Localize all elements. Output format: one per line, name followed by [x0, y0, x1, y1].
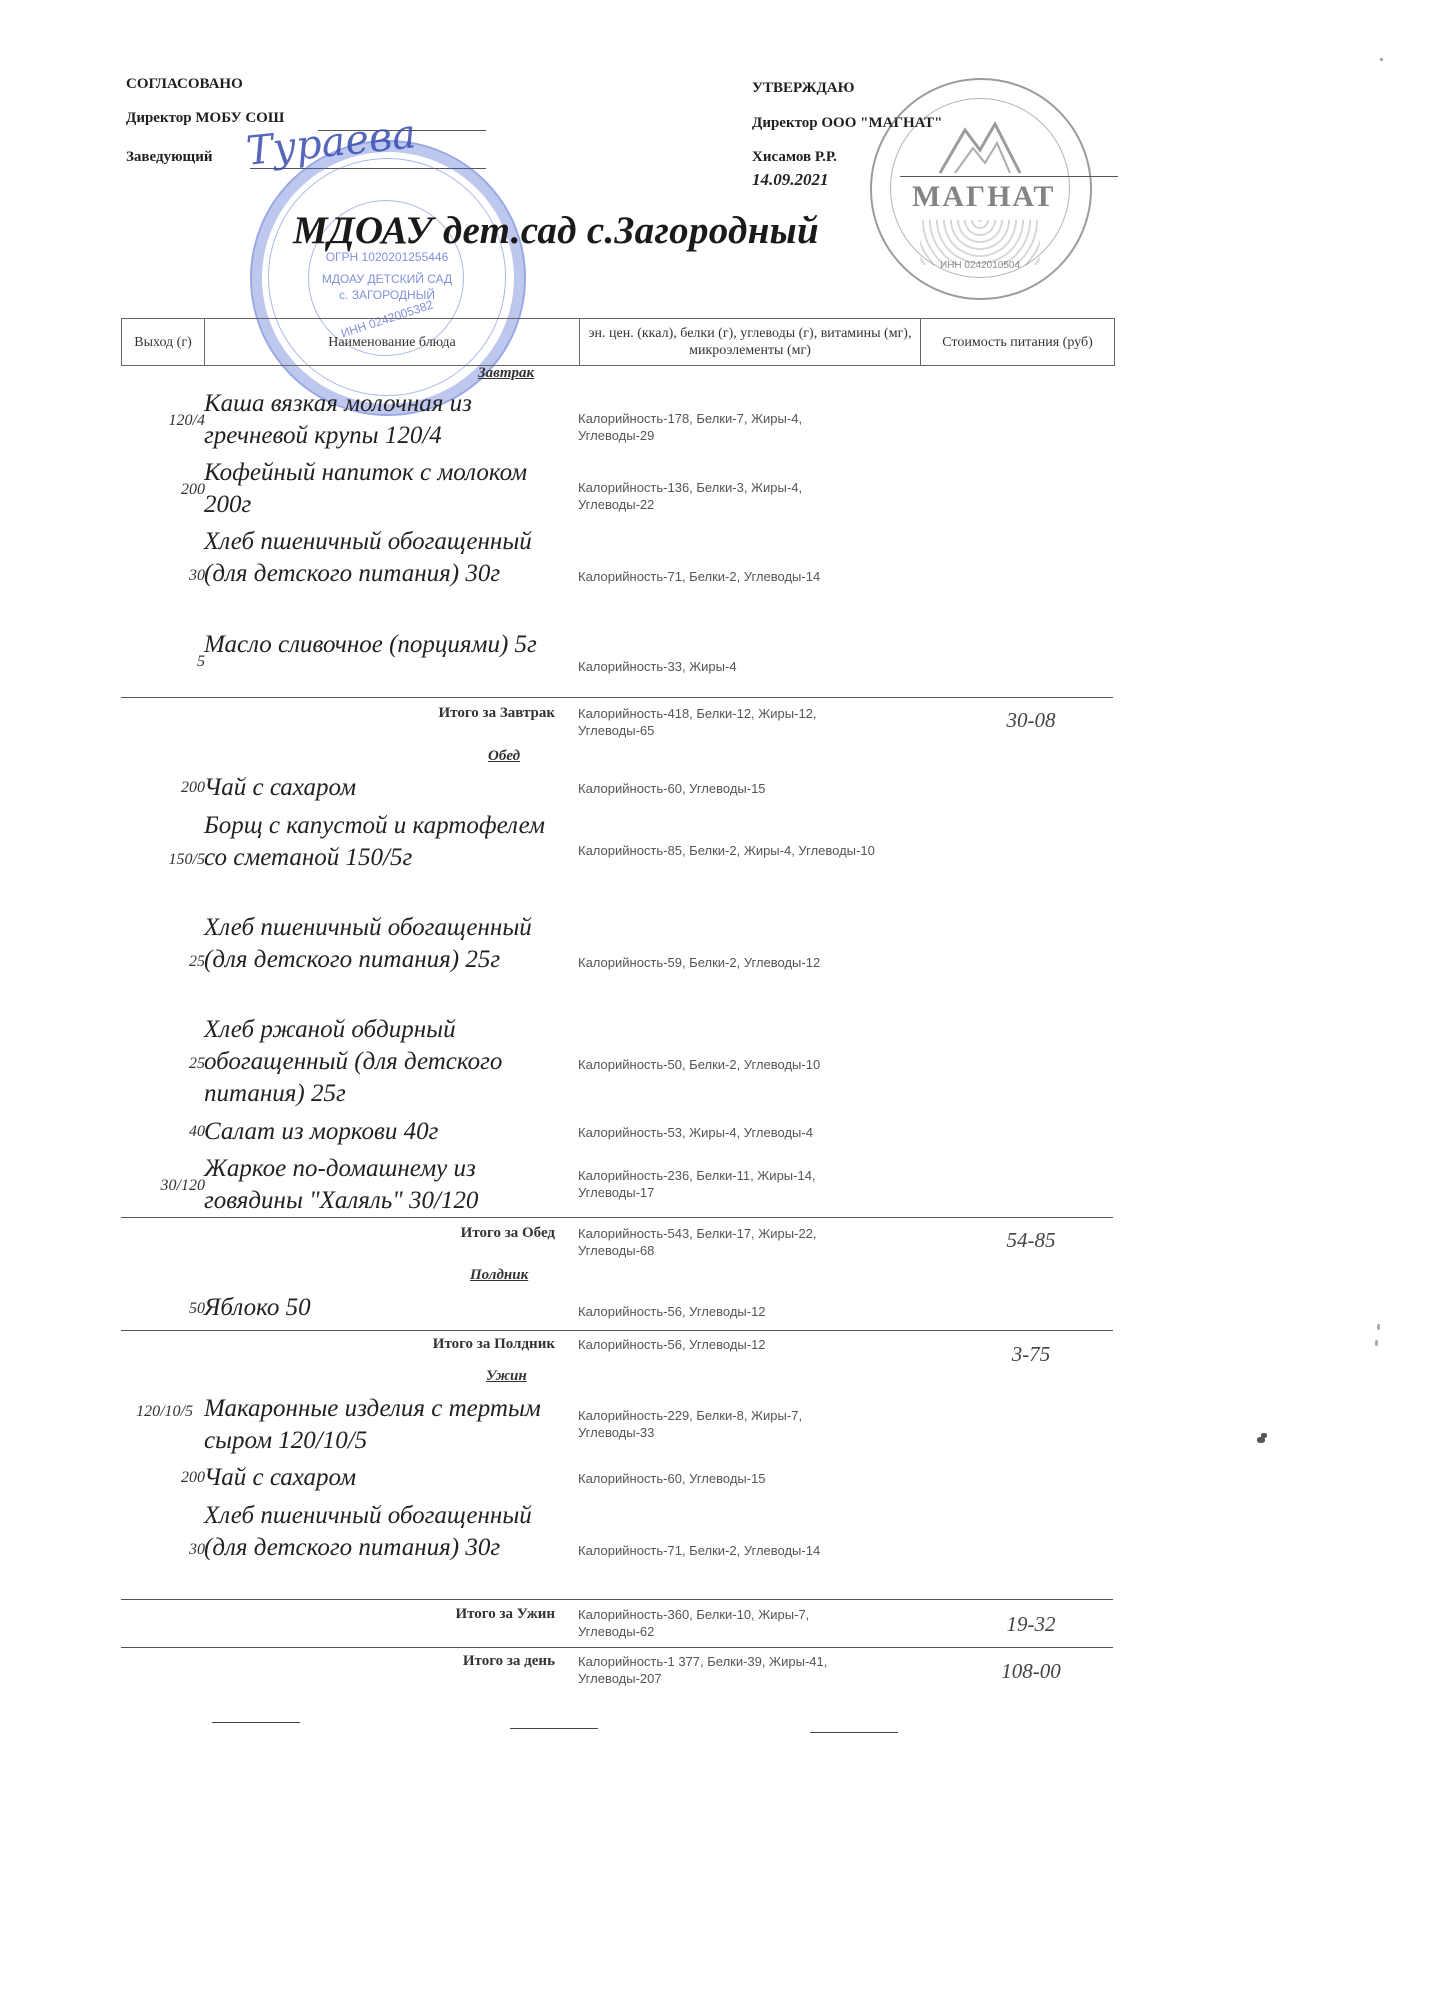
stamp-inn: ИНН 0242010504 [920, 260, 1040, 271]
item-dish-name: Кофейный напиток с молоком 200г [204, 457, 564, 521]
meal-total-cost: 30-08 [981, 708, 1081, 733]
item-dish-name: Масло сливочное (порциями) 5г [204, 629, 564, 661]
item-dish-name: Жаркое по-домашнему из говядины "Халяль"… [204, 1153, 564, 1217]
stamp-center-text: МДОАУ ДЕТСКИЙ САД [312, 272, 462, 286]
row-divider [121, 697, 1113, 698]
scan-speck [1377, 1324, 1380, 1330]
item-dish-name: Каша вязкая молочная из гречневой крупы … [204, 388, 564, 452]
item-yield: 200 [121, 779, 205, 797]
item-nutrition: Калорийность-178, Белки-7, Жиры-4, Углев… [578, 410, 878, 444]
item-nutrition: Калорийность-60, Углеводы-15 [578, 780, 878, 797]
approval-date: 14.09.2021 [752, 170, 829, 190]
item-nutrition: Калорийность-50, Белки-2, Углеводы-10 [578, 1056, 878, 1073]
meal-title: Полдник [470, 1267, 528, 1284]
item-yield: 30 [121, 1541, 205, 1559]
row-divider [121, 1647, 1113, 1648]
column-header-dish-name: Наименование блюда [205, 319, 580, 365]
signature-blank [810, 1732, 898, 1733]
item-yield: 120/4 [121, 412, 205, 430]
item-dish-name: Салат из моркови 40г [204, 1116, 564, 1148]
signature-blank [510, 1728, 598, 1729]
item-nutrition: Калорийность-71, Белки-2, Углеводы-14 [578, 568, 878, 585]
item-yield: 200 [121, 1469, 205, 1487]
meal-total-label: Итого за Обед [461, 1225, 555, 1242]
item-yield: 120/10/5 [121, 1403, 193, 1421]
item-yield: 30 [121, 567, 205, 585]
item-nutrition: Калорийность-71, Белки-2, Углеводы-14 [578, 1542, 878, 1559]
meal-total-label: Итого за Завтрак [439, 705, 555, 722]
signature-blank [212, 1722, 300, 1723]
meal-total-cost: 3-75 [981, 1342, 1081, 1367]
meal-total-cost: 54-85 [981, 1228, 1081, 1253]
item-yield: 40 [121, 1123, 205, 1141]
item-yield: 150/5 [121, 851, 205, 869]
column-header-nutrition: эн. цен. (ккал), белки (г), углеводы (г)… [580, 319, 921, 365]
scan-speck [1375, 1340, 1378, 1346]
item-dish-name: Борщ с капустой и картофелем со сметаной… [204, 810, 564, 874]
day-total-nutrition: Калорийность-1 377, Белки-39, Жиры-41, У… [578, 1653, 878, 1687]
stamp-pattern [920, 220, 1040, 265]
item-yield: 5 [121, 653, 205, 671]
item-nutrition: Калорийность-60, Углеводы-15 [578, 1470, 878, 1487]
meal-total-nutrition: Калорийность-56, Углеводы-12 [578, 1336, 878, 1353]
item-yield: 25 [121, 953, 205, 971]
meal-total-nutrition: Калорийность-360, Белки-10, Жиры-7, Угле… [578, 1606, 878, 1640]
item-yield: 30/120 [121, 1177, 205, 1195]
menu-table-header: Выход (г) Наименование блюда эн. цен. (к… [121, 318, 1115, 366]
document-title: МДОАУ дет.сад с.Загородный [293, 208, 819, 253]
item-dish-name: Хлеб пшеничный обогащенный (для детского… [204, 526, 564, 590]
row-divider [121, 1217, 1113, 1218]
item-nutrition: Калорийность-53, Жиры-4, Углеводы-4 [578, 1124, 878, 1141]
meal-title: Обед [488, 748, 520, 765]
item-nutrition: Калорийность-136, Белки-3, Жиры-4, Углев… [578, 479, 878, 513]
meal-total-label: Итого за Полдник [433, 1336, 555, 1353]
item-dish-name: Хлеб пшеничный обогащенный (для детского… [204, 1500, 564, 1564]
meal-total-nutrition: Калорийность-543, Белки-17, Жиры-22, Угл… [578, 1225, 878, 1259]
item-dish-name: Чай с сахаром [204, 1462, 564, 1494]
approval-right-heading: УТВЕРЖДАЮ [752, 80, 855, 97]
approval-left-role: Заведующий [126, 149, 212, 166]
column-header-cost: Стоимость питания (руб) [921, 319, 1114, 365]
row-divider [121, 1599, 1113, 1600]
column-header-yield: Выход (г) [122, 319, 205, 365]
meal-total-cost: 19-32 [981, 1612, 1081, 1637]
item-dish-name: Хлеб пшеничный обогащенный (для детского… [204, 912, 564, 976]
item-nutrition: Калорийность-56, Углеводы-12 [578, 1303, 878, 1320]
mountain-logo-icon [935, 118, 1025, 178]
item-nutrition: Калорийность-229, Белки-8, Жиры-7, Углев… [578, 1407, 878, 1441]
item-nutrition: Калорийность-236, Белки-11, Жиры-14, Угл… [578, 1167, 878, 1201]
scan-speck [1380, 58, 1383, 61]
row-divider [121, 1330, 1113, 1331]
scan-speck [1261, 1433, 1267, 1438]
item-nutrition: Калорийность-59, Белки-2, Углеводы-12 [578, 954, 878, 971]
item-nutrition: Калорийность-33, Жиры-4 [578, 658, 878, 675]
item-yield: 200 [121, 481, 205, 499]
item-yield: 50 [121, 1300, 205, 1318]
item-dish-name: Макаронные изделия с тертым сыром 120/10… [204, 1393, 564, 1457]
approval-left-position: Директор МОБУ СОШ [126, 110, 284, 127]
meal-total-label: Итого за Ужин [455, 1606, 555, 1623]
item-dish-name: Хлеб ржаной обдирный обогащенный (для де… [204, 1014, 564, 1110]
meal-title: Ужин [486, 1368, 527, 1385]
item-nutrition: Калорийность-85, Белки-2, Жиры-4, Углево… [578, 842, 878, 859]
day-total-cost: 108-00 [981, 1659, 1081, 1684]
approval-left-heading: СОГЛАСОВАНО [126, 76, 243, 93]
meal-total-nutrition: Калорийность-418, Белки-12, Жиры-12, Угл… [578, 705, 878, 739]
stamp-logo-text: МАГНАТ [912, 180, 1055, 214]
approval-right-name: Хисамов Р.Р. [752, 149, 837, 166]
day-total-label: Итого за день [463, 1653, 555, 1670]
item-yield: 25 [121, 1055, 205, 1073]
item-dish-name: Яблоко 50 [204, 1292, 564, 1324]
item-dish-name: Чай с сахаром [204, 772, 564, 804]
meal-title: Завтрак [478, 365, 534, 382]
